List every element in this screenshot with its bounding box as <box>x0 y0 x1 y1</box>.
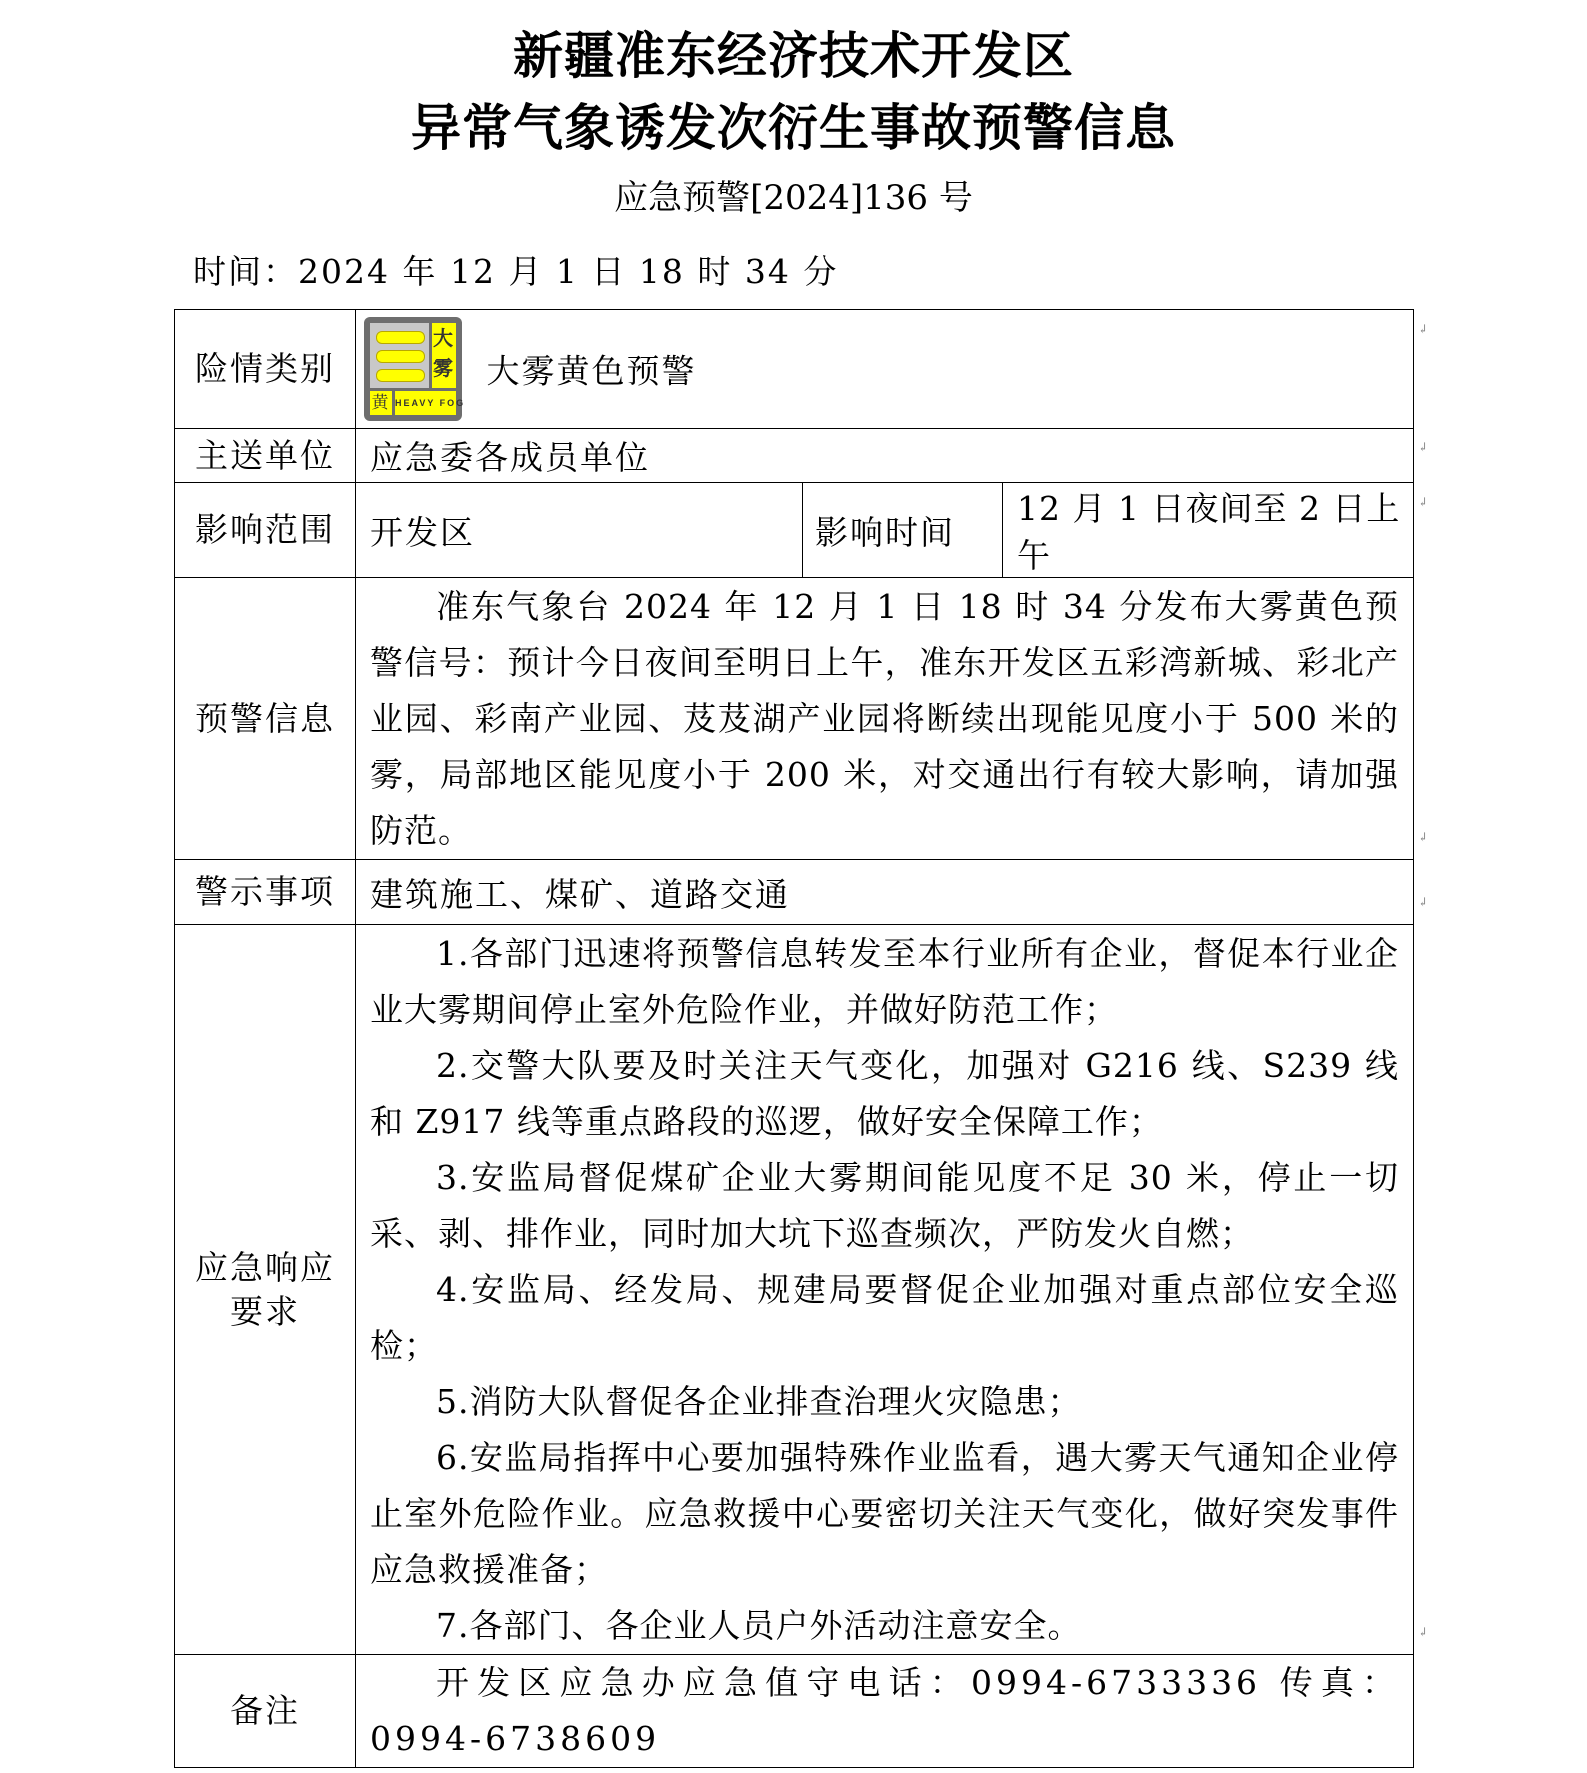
row-hazard-type: 险情类别 大雾 黄 HEAVY FOG 大雾黄色预警 <box>175 310 1414 429</box>
warning-table: 险情类别 大雾 黄 HEAVY FOG 大雾黄色预警 主送单位 应急委各成员单位… <box>174 309 1414 1768</box>
fog-icon-top-text: 大雾 <box>432 323 456 388</box>
remarks-text: 开发区应急办应急值守电话：0994-6733336 传真：0994-673860… <box>370 1655 1399 1767</box>
alert-items-value: 建筑施工、煤矿、道路交通 <box>356 860 1414 925</box>
fog-bars-panel <box>370 323 429 388</box>
row-recipients: 主送单位 应急委各成员单位 <box>175 429 1414 483</box>
response-item-2: 2.交警大队要及时关注天气变化，加强对 G216 线、S239 线和 Z917 … <box>370 1038 1399 1150</box>
paragraph-mark-icon: ↲ <box>1418 895 1428 909</box>
paragraph-mark-icon: ↲ <box>1418 440 1428 454</box>
document-title-line2: 异常气象诱发次衍生事故预警信息 <box>0 88 1587 160</box>
row-alert-items: 警示事项 建筑施工、煤矿、道路交通 <box>175 860 1414 925</box>
impact-time-value: 12 月 1 日夜间至 2 日上午 <box>1003 483 1414 578</box>
issue-time: 时间：2024 年 12 月 1 日 18 时 34 分 <box>193 246 838 293</box>
response-item-6: 6.安监局指挥中心要加强特殊作业监看，遇大雾天气通知企业停止室外危险作业。应急救… <box>370 1430 1399 1598</box>
scope-label: 影响范围 <box>175 483 356 578</box>
response-item-1: 1.各部门迅速将预警信息转发至本行业所有企业，督促本行业企业大雾期间停止室外危险… <box>370 926 1399 1038</box>
paragraph-mark-icon: ↲ <box>1418 830 1428 844</box>
paragraph-mark-icon: ↲ <box>1418 322 1428 336</box>
row-scope: 影响范围 开发区 影响时间 12 月 1 日夜间至 2 日上午 <box>175 483 1414 578</box>
hazard-type-value: 大雾黄色预警 <box>487 352 697 391</box>
hazard-type-cell: 大雾 黄 HEAVY FOG 大雾黄色预警 <box>356 310 1414 429</box>
recipients-value: 应急委各成员单位 <box>356 429 1414 483</box>
scope-value: 开发区 <box>356 483 803 578</box>
row-response: 应急响应 要求 1.各部门迅速将预警信息转发至本行业所有企业，督促本行业企业大雾… <box>175 925 1414 1655</box>
response-item-3: 3.安监局督促煤矿企业大雾期间能见度不足 30 米，停止一切采、剥、排作业，同时… <box>370 1150 1399 1262</box>
response-items: 1.各部门迅速将预警信息转发至本行业所有企业，督促本行业企业大雾期间停止室外危险… <box>356 925 1414 1655</box>
warning-info-cell: 准东气象台 2024 年 12 月 1 日 18 时 34 分发布大雾黄色预警信… <box>356 578 1414 860</box>
recipients-label: 主送单位 <box>175 429 356 483</box>
heavy-fog-yellow-warning-icon: 大雾 黄 HEAVY FOG <box>364 317 462 421</box>
response-item-5: 5.消防大队督促各企业排查治理火灾隐患； <box>370 1374 1399 1430</box>
warning-info-text: 准东气象台 2024 年 12 月 1 日 18 时 34 分发布大雾黄色预警信… <box>370 579 1399 859</box>
impact-time-label: 影响时间 <box>803 483 1003 578</box>
paragraph-mark-icon: ↲ <box>1418 1625 1428 1639</box>
document-number: 应急预警[2024]136 号 <box>0 170 1587 219</box>
paragraph-mark-icon: ↲ <box>1418 495 1428 509</box>
fog-icon-level-text: 黄 <box>370 391 392 415</box>
response-label: 应急响应 要求 <box>175 925 356 1655</box>
response-label-line2: 要求 <box>175 1290 355 1334</box>
warning-info-label: 预警信息 <box>175 578 356 860</box>
row-remarks: 备注 开发区应急办应急值守电话：0994-6733336 传真：0994-673… <box>175 1655 1414 1768</box>
alert-items-label: 警示事项 <box>175 860 356 925</box>
response-item-7: 7.各部门、各企业人员户外活动注意安全。 <box>370 1598 1399 1654</box>
remarks-label: 备注 <box>175 1655 356 1768</box>
fog-icon-english-text: HEAVY FOG <box>395 391 456 415</box>
hazard-type-label: 险情类别 <box>175 310 356 429</box>
response-label-line1: 应急响应 <box>175 1246 355 1290</box>
document-title-line1: 新疆准东经济技术开发区 <box>0 16 1587 88</box>
response-item-4: 4.安监局、经发局、规建局要督促企业加强对重点部位安全巡检； <box>370 1262 1399 1374</box>
row-warning-info: 预警信息 准东气象台 2024 年 12 月 1 日 18 时 34 分发布大雾… <box>175 578 1414 860</box>
remarks-cell: 开发区应急办应急值守电话：0994-6733336 传真：0994-673860… <box>356 1655 1414 1768</box>
